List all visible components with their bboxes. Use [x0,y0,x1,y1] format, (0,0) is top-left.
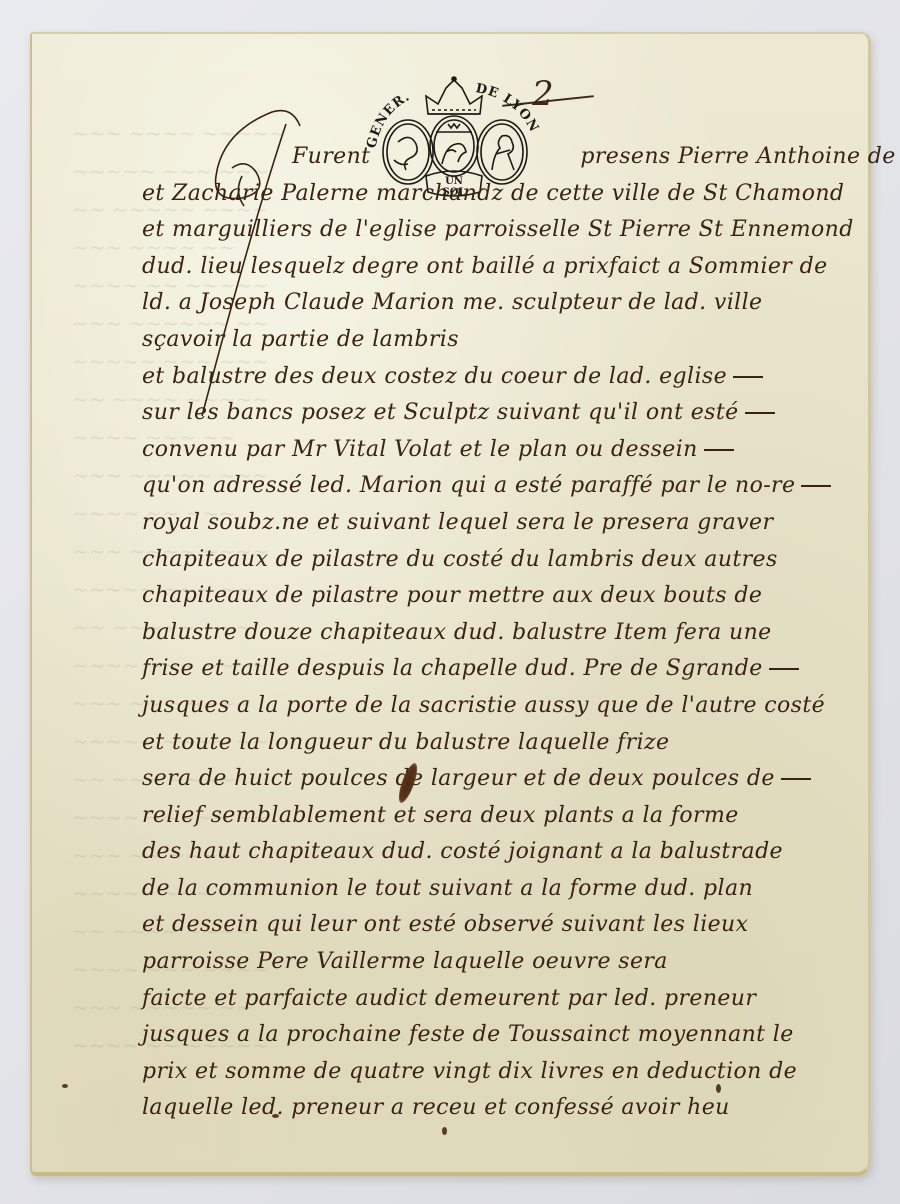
manuscript-line: prix et somme de quatre vingt dix livres… [142,1059,882,1096]
manuscript-line: qu'on adressé led. Marion qui a esté par… [142,473,882,510]
line-end-dash [745,412,775,414]
manuscript-line: et Zacharie Palerne marchandz de cette v… [142,181,882,218]
manuscript-line: des haut chapiteaux dud. costé joignant … [142,839,882,876]
manuscript-line: dud. lieu lesquelz degre ont baillé a pr… [142,254,882,291]
ink-spot [716,1084,721,1093]
manuscript-line: de la communion le tout suivant a la for… [142,876,882,913]
manuscript-line: et marguilliers de l'eglise parroisselle… [142,217,882,254]
ink-spot [62,1084,68,1088]
manuscript-line: jusques a la prochaine feste de Toussain… [142,1022,882,1059]
ink-spot [272,1114,279,1118]
manuscript-line: jusques a la porte de la sacristie aussy… [142,693,882,730]
parchment-page: ~~~ ~~~~ ~~~~~~~~~~ ~~~ ~~~~~ ~~~~~ ~~~~… [30,32,871,1176]
line-end-dash [801,485,831,487]
manuscript-line: parroisse Pere Vaillerme laquelle oeuvre… [142,949,882,986]
manuscript-line: faicte et parfaicte audict demeurent par… [142,986,882,1023]
manuscript-line: et balustre des deux costez du coeur de … [142,364,882,401]
svg-text:DE LYON: DE LYON [474,81,541,135]
manuscript-body: Furentpresens Pierre Anthoine de Sgrande… [142,144,882,1132]
manuscript-line: Furentpresens Pierre Anthoine de Sgrande [142,144,882,181]
line-end-dash [769,668,799,670]
manuscript-line: chapiteaux de pilastre pour mettre aux d… [142,583,882,620]
ink-spot [442,1127,447,1135]
stamp-text-right: DE LYON [474,81,541,135]
manuscript-line: royal soubz.ne et suivant lequel sera le… [142,510,882,547]
manuscript-line: chapiteaux de pilastre du costé du lambr… [142,547,882,584]
manuscript-line: balustre douze chapiteaux dud. balustre … [142,620,882,657]
manuscript-line: laquelle led. preneur a receu et confess… [142,1095,882,1132]
initial-word: Furent [292,144,370,169]
manuscript-line: convenu par Mr Vital Volat et le plan ou… [142,437,882,474]
line-end-dash [781,778,811,780]
manuscript-line: sera de huict poulces de largeur et de d… [142,766,882,803]
manuscript-line: sur les bancs posez et Sculptz suivant q… [142,400,882,437]
manuscript-line: relief semblablement et sera deux plants… [142,803,882,840]
manuscript-line: sçavoir la partie de lambris [142,327,882,364]
manuscript-line: et toute la longueur du balustre laquell… [142,730,882,767]
manuscript-line: ld. a Joseph Claude Marion me. sculpteur… [142,290,882,327]
crown-icon [426,77,482,114]
line-end-dash [704,449,734,451]
line-end-dash [733,376,763,378]
manuscript-line: frise et taille despuis la chapelle dud.… [142,656,882,693]
manuscript-line: et dessein qui leur ont esté observé sui… [142,912,882,949]
